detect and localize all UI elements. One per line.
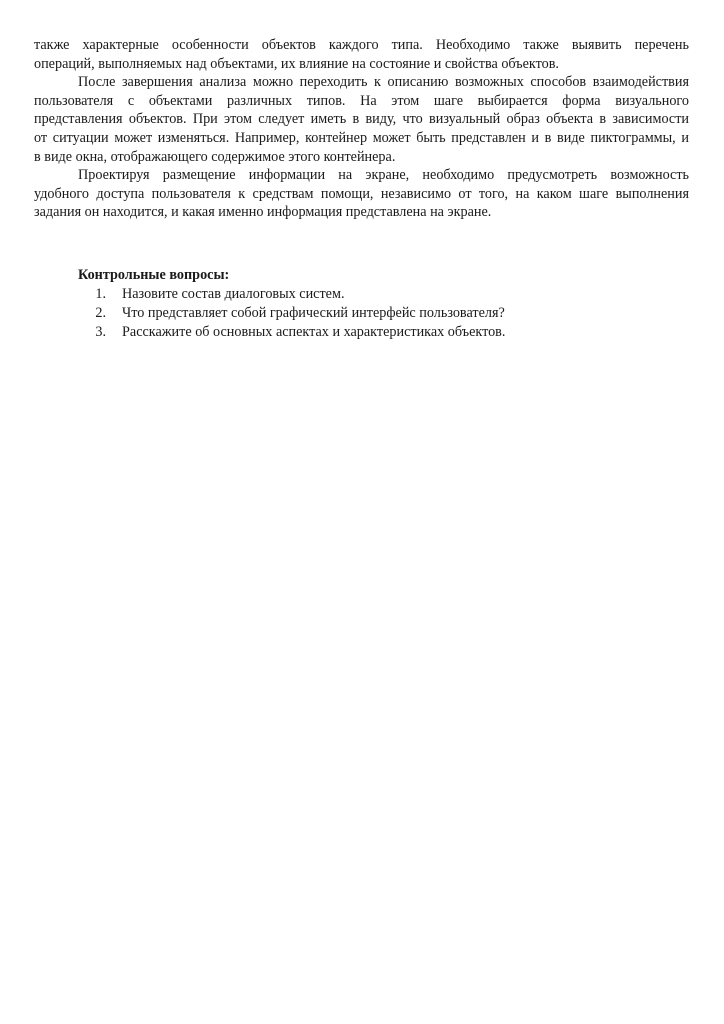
question-number: 3. [86, 323, 114, 342]
question-text: Назовите состав диалоговых систем. [122, 285, 678, 304]
question-number: 1. [86, 285, 114, 304]
text-line: удобного доступа пользователя к средства… [34, 185, 689, 204]
body-text: также характерные особенности объектов к… [34, 36, 689, 222]
question-text: Что представляет собой графический интер… [122, 304, 678, 323]
questions-list: 1. Назовите состав диалоговых систем. 2.… [78, 285, 678, 341]
text-line: После завершения анализа можно переходит… [34, 73, 689, 92]
paragraph-screen-layout: Проектируя размещение информации на экра… [34, 166, 689, 222]
control-questions-section: Контрольные вопросы: 1. Назовите состав … [78, 266, 678, 341]
text-line: представления объектов. При этом следует… [34, 110, 689, 129]
question-number: 2. [86, 304, 114, 323]
question-text: Расскажите об основных аспектах и характ… [122, 323, 678, 342]
text-line: Проектируя размещение информации на экра… [34, 166, 689, 185]
paragraph-interaction-methods: После завершения анализа можно переходит… [34, 73, 689, 166]
document-page: также характерные особенности объектов к… [0, 0, 724, 1024]
question-item: 2. Что представляет собой графический ин… [78, 304, 678, 323]
text-line: задания он находится, и какая именно инф… [34, 203, 689, 222]
section-heading: Контрольные вопросы: [78, 266, 678, 285]
question-item: 1. Назовите состав диалоговых систем. [78, 285, 678, 304]
text-line: пользователя с объектами различных типов… [34, 92, 689, 111]
paragraph-objects-types: также характерные особенности объектов к… [34, 36, 689, 73]
text-line: в виде окна, отображающего содержимое эт… [34, 148, 689, 167]
text-line: также характерные особенности объектов к… [34, 36, 689, 55]
text-line: операций, выполняемых над объектами, их … [34, 55, 689, 74]
question-item: 3. Расскажите об основных аспектах и хар… [78, 323, 678, 342]
text-line: от ситуации может изменяться. Например, … [34, 129, 689, 148]
